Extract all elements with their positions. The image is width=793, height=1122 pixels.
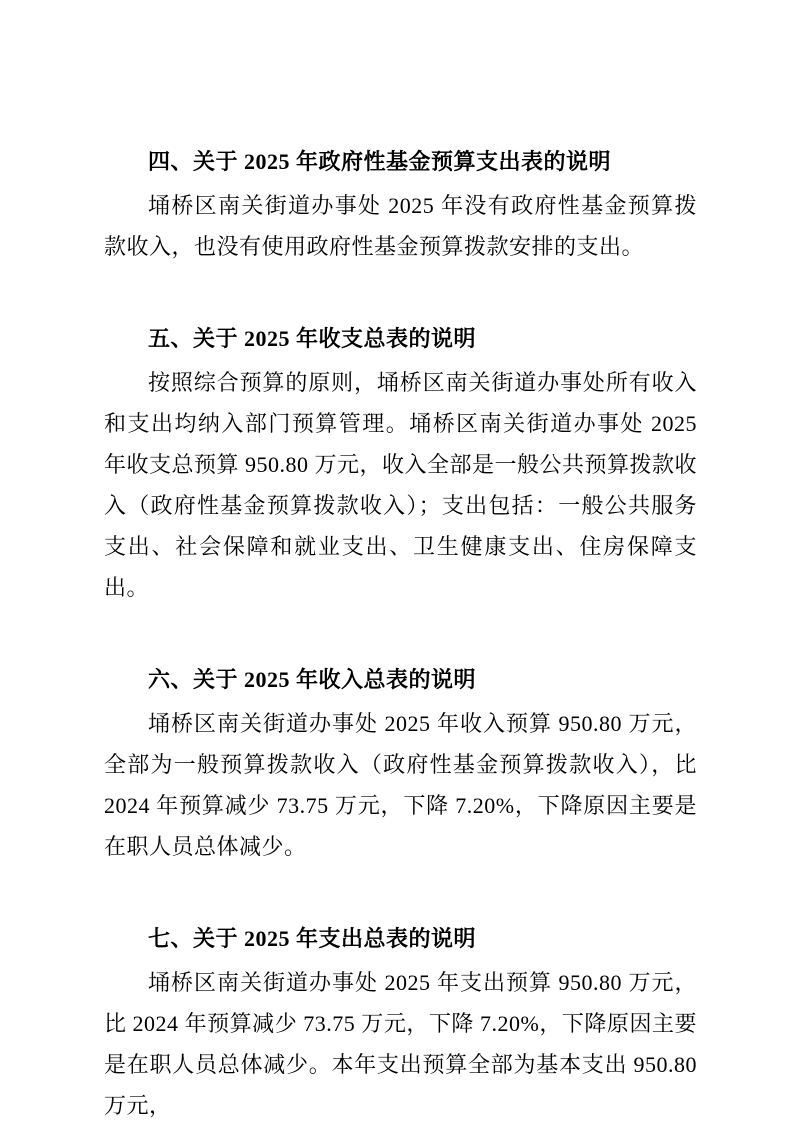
- section-revenue-expenditure-summary: 五、关于 2025 年收支总表的说明 按照综合预算的原则，埇桥区南关街道办事处所…: [104, 316, 697, 608]
- section-paragraph: 埇桥区南关街道办事处 2025 年收入预算 950.80 万元，全部为一般预算拨…: [104, 703, 697, 867]
- section-heading: 七、关于 2025 年支出总表的说明: [104, 916, 697, 962]
- section-expenditure-summary: 七、关于 2025 年支出总表的说明 埇桥区南关街道办事处 2025 年支出预算…: [104, 916, 697, 1122]
- section-paragraph: 埇桥区南关街道办事处 2025 年没有政府性基金预算拨款收入，也没有使用政府性基…: [104, 185, 697, 267]
- section-heading: 五、关于 2025 年收支总表的说明: [104, 316, 697, 362]
- section-income-summary: 六、关于 2025 年收入总表的说明 埇桥区南关街道办事处 2025 年收入预算…: [104, 657, 697, 867]
- section-heading: 四、关于 2025 年政府性基金预算支出表的说明: [104, 139, 697, 185]
- section-paragraph: 埇桥区南关街道办事处 2025 年支出预算 950.80 万元，比 2024 年…: [104, 962, 697, 1122]
- section-gov-fund-expenditure: 四、关于 2025 年政府性基金预算支出表的说明 埇桥区南关街道办事处 2025…: [104, 139, 697, 267]
- section-paragraph: 按照综合预算的原则，埇桥区南关街道办事处所有收入和支出均纳入部门预算管理。埇桥区…: [104, 362, 697, 608]
- section-heading: 六、关于 2025 年收入总表的说明: [104, 657, 697, 703]
- document-page: 四、关于 2025 年政府性基金预算支出表的说明 埇桥区南关街道办事处 2025…: [0, 0, 793, 1122]
